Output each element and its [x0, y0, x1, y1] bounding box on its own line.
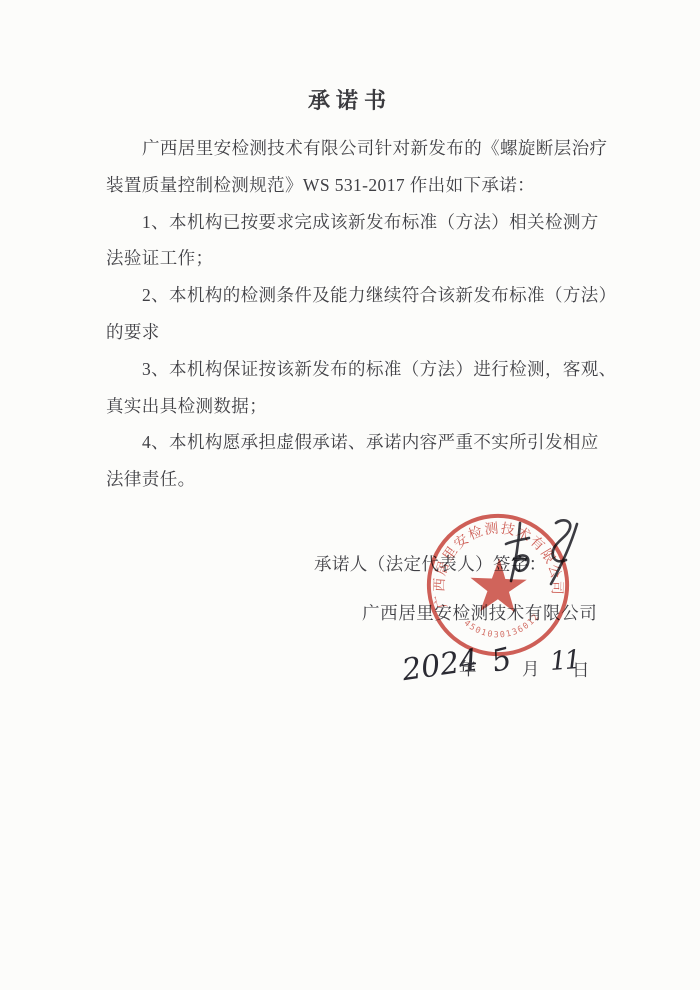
body-line-9: 4、本机构愿承担虚假承诺、承诺内容严重不实所引发相应	[106, 424, 606, 461]
body-line-4: 法验证工作；	[106, 240, 606, 277]
stamp-serial-number: 4501030136012	[462, 610, 543, 643]
scanned-document-page: 承诺书 广西居里安检测技术有限公司针对新发布的《螺旋断层治疗 装置质量控制检测规…	[0, 0, 700, 990]
handwritten-signature	[498, 517, 590, 593]
body-line-6: 的要求	[106, 314, 606, 351]
date-day-unit: 日	[572, 657, 590, 682]
body-line-7: 3、本机构保证按该新发布的标准（方法）进行检测，客观、	[106, 351, 606, 388]
body-line-8: 真实出具检测数据；	[106, 388, 606, 425]
body-line-10: 法律责任。	[106, 461, 606, 498]
body-line-5: 2、本机构的检测条件及能力继续符合该新发布标准（方法）	[106, 277, 606, 314]
body-line-1: 广西居里安检测技术有限公司针对新发布的《螺旋断层治疗	[106, 130, 606, 167]
document-title: 承诺书	[0, 84, 700, 115]
body-line-3: 1、本机构已按要求完成该新发布标准（方法）相关检测方	[106, 204, 606, 241]
document-body: 广西居里安检测技术有限公司针对新发布的《螺旋断层治疗 装置质量控制检测规范》WS…	[106, 130, 606, 498]
body-line-2: 装置质量控制检测规范》WS 531-2017 作出如下承诺：	[106, 167, 606, 204]
